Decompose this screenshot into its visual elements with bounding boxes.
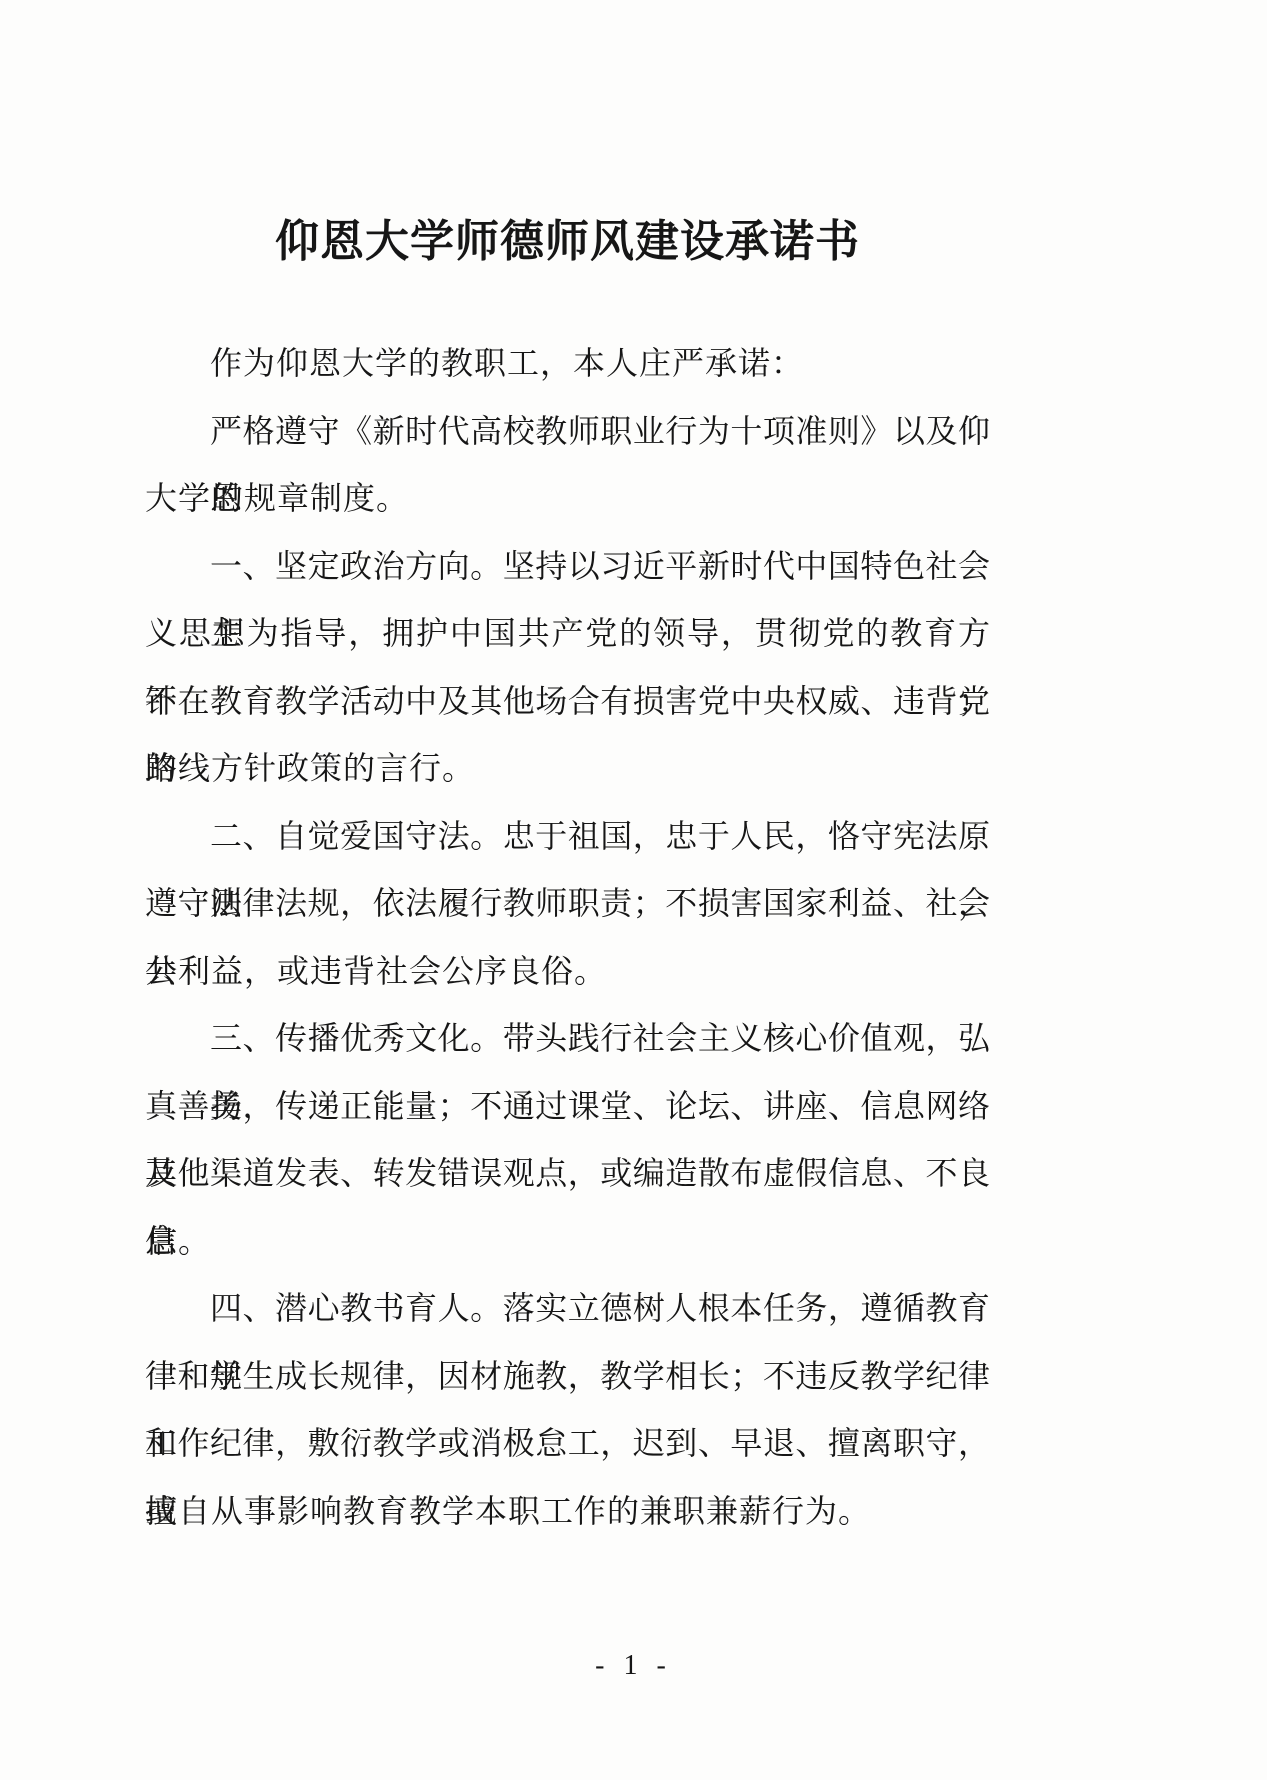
text-line: 义思想为指导，拥护中国共产党的领导，贯彻党的教育方针； [145,600,990,668]
text-line: 律和学生成长规律，因材施教，教学相长；不违反教学纪律和 [145,1343,990,1411]
text-line: 擅自从事影响教育教学本职工作的兼职兼薪行为。 [145,1478,990,1546]
text-line: 四、潜心教书育人。落实立德树人根本任务，遵循教育规 [145,1275,990,1343]
text-line: 不在教育教学活动中及其他场合有损害党中央权威、违背党的 [145,668,990,736]
text-line: 遵守法律法规，依法履行教师职责；不损害国家利益、社会公 [145,870,990,938]
text-line: 三、传播优秀文化。带头践行社会主义核心价值观，弘扬 [145,1005,990,1073]
text-line: 真善美，传递正能量；不通过课堂、论坛、讲座、信息网络及 [145,1073,990,1141]
text-line: 其他渠道发表、转发错误观点，或编造散布虚假信息、不良信 [145,1140,990,1208]
document-body: 作为仰恩大学的教职工，本人庄严承诺：严格遵守《新时代高校教师职业行为十项准则》以… [145,330,990,1545]
text-line: 一、坚定政治方向。坚持以习近平新时代中国特色社会主 [145,533,990,601]
text-line: 工作纪律，敷衍教学或消极怠工，迟到、早退、擅离职守，或 [145,1410,990,1478]
text-line: 大学的规章制度。 [145,465,990,533]
text-line: 共利益，或违背社会公序良俗。 [145,938,990,1006]
text-line: 路线方针政策的言行。 [145,735,990,803]
page-number: - 1 - [0,1650,1267,1682]
document-title: 仰恩大学师德师风建设承诺书 [145,216,990,268]
text-line: 息。 [145,1208,990,1276]
scanned-document-page: 仰恩大学师德师风建设承诺书 作为仰恩大学的教职工，本人庄严承诺：严格遵守《新时代… [0,0,1267,1780]
text-line: 严格遵守《新时代高校教师职业行为十项准则》以及仰恩 [145,398,990,466]
text-line: 作为仰恩大学的教职工，本人庄严承诺： [145,330,990,398]
text-line: 二、自觉爱国守法。忠于祖国，忠于人民，恪守宪法原则， [145,803,990,871]
